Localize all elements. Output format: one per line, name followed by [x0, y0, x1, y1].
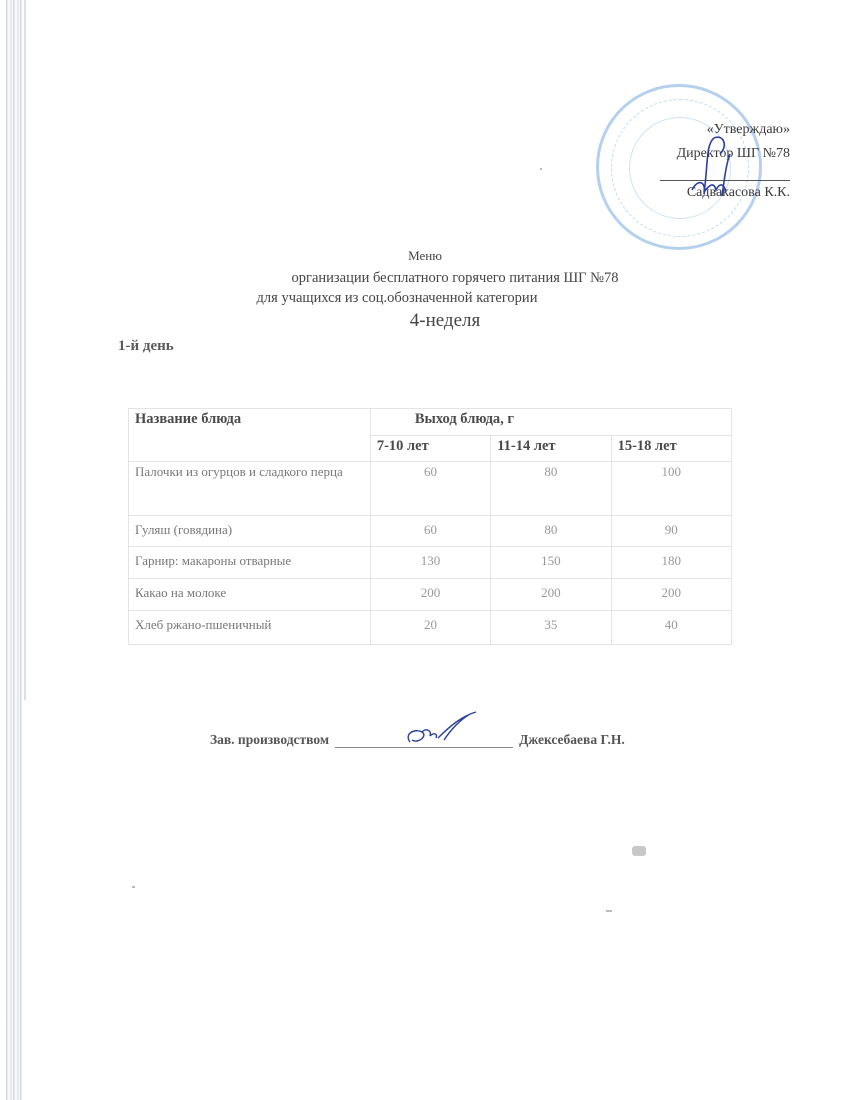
menu-subtitle: организации бесплатного горячего питания…: [30, 270, 850, 287]
yield-value: 130: [370, 547, 490, 579]
table-row: Гарнир: макароны отварные 130 150 180: [129, 547, 732, 579]
yield-value: 90: [611, 516, 731, 547]
yield-value: 20: [370, 611, 490, 645]
menu-subtitle-2: для учащихся из соц.обозначенной категор…: [0, 290, 822, 307]
footer-name: Джексебаева Г.Н.: [519, 732, 625, 747]
scan-speck: [132, 886, 135, 888]
dish-name: Палочки из огурцов и сладкого перца: [129, 462, 371, 516]
table-row: Какао на молоке 200 200 200: [129, 579, 732, 611]
menu-title: Меню: [0, 248, 850, 264]
table-row: Гуляш (говядина) 60 80 90: [129, 516, 732, 547]
header-dish: Название блюда: [129, 409, 371, 462]
scan-speck: [632, 846, 646, 856]
yield-value: 200: [491, 579, 611, 611]
scan-speck: [540, 168, 542, 170]
dish-name: Какао на молоке: [129, 579, 371, 611]
yield-value: 200: [611, 579, 731, 611]
yield-value: 60: [370, 462, 490, 516]
yield-value: 60: [370, 516, 490, 547]
scan-edge-artifact: [6, 0, 22, 1100]
scan-edge-artifact: [24, 0, 26, 700]
table-row: Палочки из огурцов и сладкого перца 60 8…: [129, 462, 732, 516]
header-age-group: 15-18 лет: [611, 435, 731, 462]
menu-table: Название блюда Выход блюда, г 7-10 лет 1…: [128, 408, 732, 645]
header-yield: Выход блюда, г: [370, 409, 731, 436]
week-label: 4-неделя: [20, 310, 850, 332]
yield-value: 100: [611, 462, 731, 516]
dish-name: Гуляш (говядина): [129, 516, 371, 547]
table-row: Хлеб ржано-пшеничный 20 35 40: [129, 611, 732, 645]
signature-footer: Зав. производствомДжексебаева Г.Н.: [210, 732, 625, 748]
dish-name: Хлеб ржано-пшеничный: [129, 611, 371, 645]
signature-line: [335, 733, 513, 748]
yield-value: 180: [611, 547, 731, 579]
yield-value: 150: [491, 547, 611, 579]
dish-name: Гарнир: макароны отварные: [129, 547, 371, 579]
scan-speck: [606, 910, 612, 912]
yield-value: 80: [491, 516, 611, 547]
header-age-group: 11-14 лет: [491, 435, 611, 462]
director-signature: [684, 134, 744, 204]
yield-value: 40: [611, 611, 731, 645]
yield-value: 80: [491, 462, 611, 516]
yield-value: 35: [491, 611, 611, 645]
table-header-row: Название блюда Выход блюда, г: [129, 409, 732, 436]
day-label: 1-й день: [118, 338, 174, 355]
footer-role: Зав. производством: [210, 732, 329, 747]
header-age-group: 7-10 лет: [370, 435, 490, 462]
yield-value: 200: [370, 579, 490, 611]
